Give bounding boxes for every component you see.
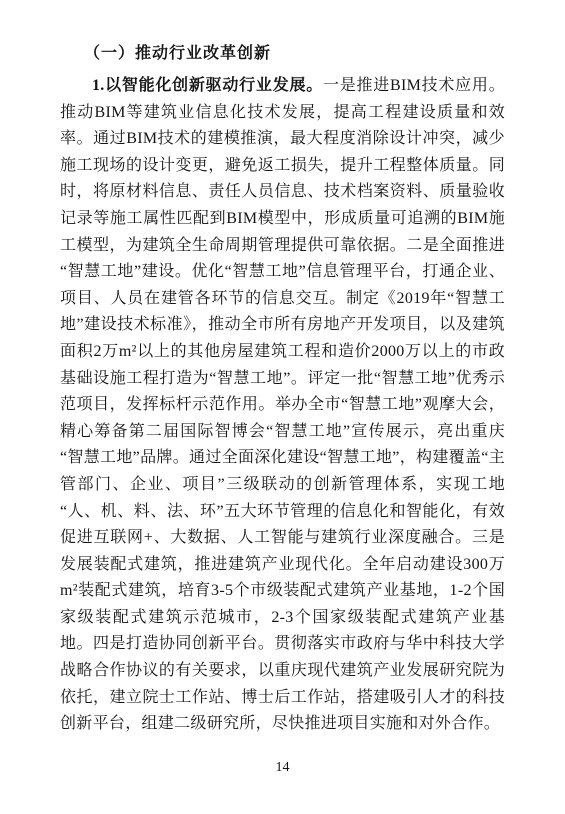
document-page: （一）推动行业改革创新 1.以智能化创新驱动行业发展。一是推进BIM技术应用。推… [0,0,565,814]
page-number: 14 [276,760,290,775]
section-heading: （一）推动行业改革创新 [60,40,505,67]
body-paragraph: 1.以智能化创新驱动行业发展。一是推进BIM技术应用。推动BIM等建筑业信息化技… [60,73,505,738]
paragraph-lead-sentence: 1.以智能化创新驱动行业发展。 [92,77,323,94]
paragraph-body-text: 一是推进BIM技术应用。推动BIM等建筑业信息化技术发展，提高工程建设质量和效率… [60,77,505,732]
page-footer: 14 [0,758,565,776]
